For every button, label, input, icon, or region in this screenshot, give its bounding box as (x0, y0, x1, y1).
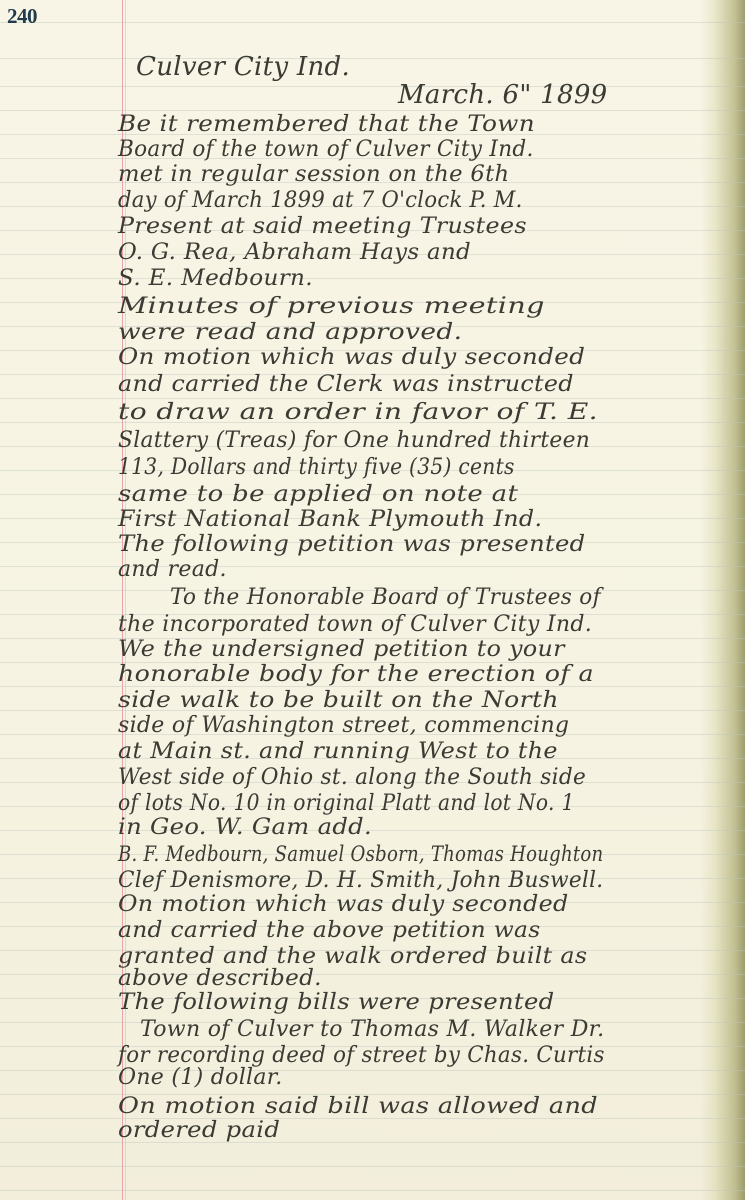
entry-line: Be it remembered that the Town (118, 112, 535, 137)
ledger-page: 240 Culver City Ind. March. 6" 1899 Be i… (0, 0, 745, 1200)
entry-line: honorable body for the erection of a (118, 662, 594, 687)
entry-line: at Main st. and running West to the (118, 739, 558, 764)
entry-line: met in regular session on the 6th (118, 162, 509, 187)
entry-line: B. F. Medbourn, Samuel Osborn, Thomas Ho… (118, 842, 603, 866)
entry-line: to draw an order in favor of T. E. (118, 400, 598, 425)
entry-line: ordered paid (118, 1118, 280, 1143)
ruled-line (0, 830, 745, 831)
ruled-line (0, 1190, 745, 1191)
entry-line: day of March 1899 at 7 O'clock P. M. (118, 188, 523, 213)
ruled-line (0, 566, 745, 567)
entry-line: First National Bank Plymouth Ind. (118, 507, 542, 532)
entry-line: S. E. Medbourn. (118, 266, 313, 291)
entry-line: Town of Culver to Thomas M. Walker Dr. (140, 1017, 604, 1042)
entry-line: O. G. Rea, Abraham Hays and (118, 240, 471, 265)
entry-line: and carried the Clerk was instructed (118, 372, 574, 397)
entry-line: and carried the above petition was (118, 918, 540, 943)
entry-line: were read and approved. (118, 320, 462, 345)
entry-line: same to be applied on note at (118, 482, 518, 507)
entry-line: West side of Ohio st. along the South si… (118, 765, 586, 790)
ruled-line (0, 278, 745, 279)
entry-line: Present at said meeting Trustees (118, 214, 527, 239)
entry-line: One (1) dollar. (118, 1065, 282, 1090)
ruled-line (0, 1142, 745, 1143)
ruled-line (0, 1070, 745, 1071)
entry-line: On motion which was duly seconded (118, 345, 585, 370)
entry-line: Board of the town of Culver City Ind. (118, 137, 534, 162)
entry-line: and read. (118, 557, 227, 582)
entry-date: March. 6" 1899 (398, 80, 608, 110)
entry-line: To the Honorable Board of Trustees of (170, 585, 601, 610)
ruled-line (0, 974, 745, 975)
ruled-line (0, 398, 745, 399)
ruled-line (0, 86, 745, 87)
ruled-line (0, 22, 745, 23)
ruled-line (0, 58, 745, 59)
entry-line: Minutes of previous meeting (118, 294, 545, 319)
entry-line: Clef Denismore, D. H. Smith, John Buswel… (118, 868, 603, 893)
entry-line: side walk to be built on the North (118, 688, 559, 713)
entry-line: We the undersigned petition to your (118, 637, 565, 662)
entry-line: in Geo. W. Gam add. (118, 815, 372, 840)
entry-line: side of Washington street, commencing (118, 713, 569, 738)
ruled-line (0, 110, 745, 111)
entry-line: of lots No. 10 in original Platt and lot… (118, 791, 575, 816)
entry-line: The following petition was presented (118, 532, 586, 557)
entry-line: above described. (118, 966, 322, 991)
ruled-line (0, 1166, 745, 1167)
entry-line: Slattery (Treas) for One hundred thirtee… (118, 428, 590, 453)
page-number: 240 (7, 4, 37, 29)
entry-line: On motion which was duly seconded (118, 892, 569, 917)
entry-line: On motion said bill was allowed and (118, 1094, 598, 1119)
entry-line: the incorporated town of Culver City Ind… (118, 612, 592, 637)
entry-line: The following bills were presented (118, 990, 554, 1015)
entry-line: 113, Dollars and thirty five (35) cents (118, 455, 515, 480)
entry-place: Culver City Ind. (136, 52, 350, 82)
